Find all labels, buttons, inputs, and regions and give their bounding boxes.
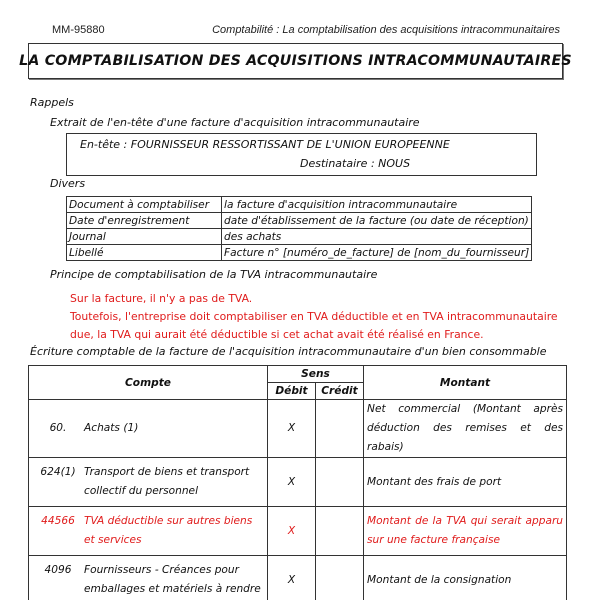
running-header: Comptabilité : La comptabilisation des a… xyxy=(212,24,560,36)
divers-value: la facture d'acquisition intracommunauta… xyxy=(222,197,532,213)
section-rappels-label: Rappels xyxy=(30,96,74,109)
divers-key: Journal xyxy=(67,229,222,245)
divers-label: Divers xyxy=(50,177,85,190)
divers-value: des achats xyxy=(222,229,532,245)
cell-compte: 60.Achats (1) xyxy=(29,400,268,458)
table-row: 624(1)Transport de biens et transport co… xyxy=(29,458,567,507)
account: 4096Fournisseurs - Créances pour emballa… xyxy=(32,561,264,599)
cell-compte: 624(1)Transport de biens et transport co… xyxy=(29,458,268,507)
cell-debit: X xyxy=(268,556,316,600)
principe-label: Principe de comptabilisation de la TVA i… xyxy=(50,268,377,281)
divers-table: Document à comptabiliserla facture d'acq… xyxy=(66,196,532,261)
table-row: 44566TVA déductible sur autres biens et … xyxy=(29,507,567,556)
cell-debit: X xyxy=(268,507,316,556)
divers-row: Date d'enregistrementdate d'établissemen… xyxy=(67,213,532,229)
cell-montant: Net commercial (Montant après déduction … xyxy=(364,400,567,458)
cell-credit xyxy=(316,507,364,556)
divers-row: LibelléFacture n° [numéro_de_facture] de… xyxy=(67,245,532,261)
extrait-label: Extrait de l'en-tête d'une facture d'acq… xyxy=(50,116,420,129)
page-title-box: LA COMPTABILISATION DES ACQUISITIONS INT… xyxy=(28,43,563,79)
invoice-header-supplier: En-tête : FOURNISSEUR RESSORTISSANT DE L… xyxy=(80,138,450,151)
table-row: 60.Achats (1)XNet commercial (Montant ap… xyxy=(29,400,567,458)
invoice-header-recipient: Destinataire : NOUS xyxy=(300,157,410,170)
cell-montant: Montant des frais de port xyxy=(364,458,567,507)
cell-credit xyxy=(316,458,364,507)
principe-line: Sur la facture, il n'y a pas de TVA. xyxy=(70,290,558,308)
account-number: 4096 xyxy=(32,561,84,580)
account-number: 44566 xyxy=(32,512,84,531)
header-credit: Crédit xyxy=(316,383,364,400)
cell-compte: 44566TVA déductible sur autres biens et … xyxy=(29,507,268,556)
account: 44566TVA déductible sur autres biens et … xyxy=(32,512,264,550)
account-number: 60. xyxy=(32,419,84,438)
account-number: 624(1) xyxy=(32,463,84,482)
header-montant: Montant xyxy=(364,366,567,400)
table-row: 4096Fournisseurs - Créances pour emballa… xyxy=(29,556,567,600)
ecriture-label: Écriture comptable de la facture de l'ac… xyxy=(30,345,547,358)
account: 624(1)Transport de biens et transport co… xyxy=(32,463,264,501)
header-compte: Compte xyxy=(29,366,268,400)
account-name: Transport de biens et transport collecti… xyxy=(84,463,264,501)
header-sens: Sens xyxy=(268,366,364,383)
divers-row: Journaldes achats xyxy=(67,229,532,245)
account-name: Achats (1) xyxy=(84,419,264,438)
principe-line: due, la TVA qui aurait été déductible si… xyxy=(70,326,558,344)
account-name: TVA déductible sur autres biens et servi… xyxy=(84,512,264,550)
principe-text: Sur la facture, il n'y a pas de TVA. Tou… xyxy=(70,290,558,344)
account-name: Fournisseurs - Créances pour emballages … xyxy=(84,561,264,599)
document-id: MM-95880 xyxy=(52,24,105,36)
header-debit: Débit xyxy=(268,383,316,400)
cell-credit xyxy=(316,556,364,600)
divers-key: Document à comptabiliser xyxy=(67,197,222,213)
divers-key: Libellé xyxy=(67,245,222,261)
journal-entry-table: Compte Sens Montant Débit Crédit 60.Acha… xyxy=(28,365,567,600)
divers-key: Date d'enregistrement xyxy=(67,213,222,229)
cell-debit: X xyxy=(268,458,316,507)
cell-compte: 4096Fournisseurs - Créances pour emballa… xyxy=(29,556,268,600)
page-title: LA COMPTABILISATION DES ACQUISITIONS INT… xyxy=(19,53,572,69)
cell-montant: Montant de la TVA qui serait apparu sur … xyxy=(364,507,567,556)
cell-credit xyxy=(316,400,364,458)
divers-value: date d'établissement de la facture (ou d… xyxy=(222,213,532,229)
principe-line: Toutefois, l'entreprise doit comptabilis… xyxy=(70,308,558,326)
account: 60.Achats (1) xyxy=(32,419,264,438)
divers-row: Document à comptabiliserla facture d'acq… xyxy=(67,197,532,213)
divers-value: Facture n° [numéro_de_facture] de [nom_d… xyxy=(222,245,532,261)
cell-debit: X xyxy=(268,400,316,458)
cell-montant: Montant de la consignation xyxy=(364,556,567,600)
